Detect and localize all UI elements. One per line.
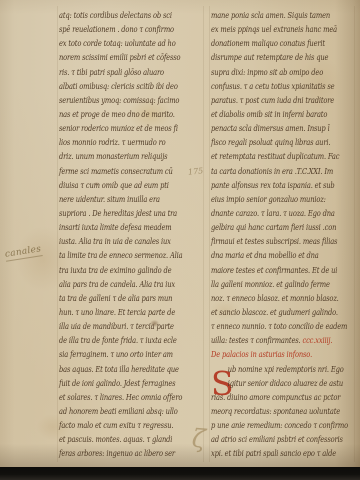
photo-border xyxy=(0,467,360,480)
page-edge-shadow xyxy=(0,0,360,467)
manuscript-photo: atq: totis cordibus delectans ob scispē … xyxy=(0,0,360,480)
